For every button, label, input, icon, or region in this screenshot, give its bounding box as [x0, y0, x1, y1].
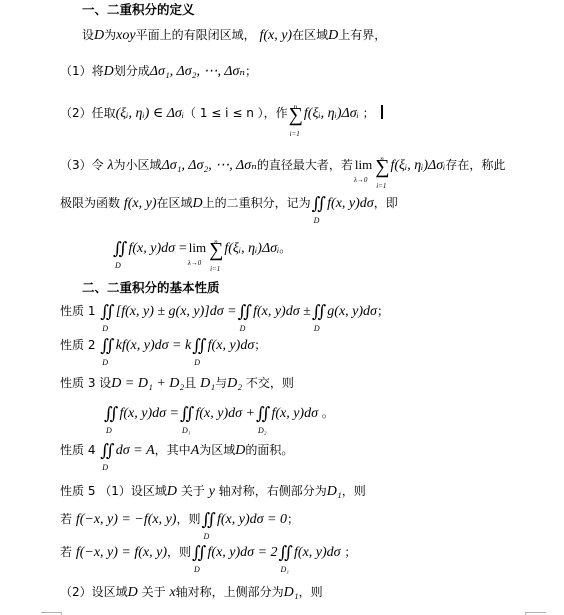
text: ，则 [176, 512, 200, 526]
double-integral-symbol: ∬D [192, 338, 206, 354]
sum-symbol: ∑ni=1 [289, 105, 303, 125]
math-expr: f(x, y)dσ = [119, 406, 179, 421]
math-lhs: f(x, y)dσ [128, 241, 175, 256]
text: 性质 3 [60, 376, 95, 390]
text: ，则 [299, 585, 323, 599]
property-1: 性质 1 ∬D[f(x, y) ± g(x, y)]dσ =∬Df(x, y)d… [60, 303, 389, 320]
text: 平面上的有限闭区域， [136, 28, 256, 42]
math-expr: f(x, y)dσ = 2 [208, 545, 278, 560]
text: 关于 [142, 585, 166, 599]
property-5-even: 若 f(−x, y) = f(x, y)，则∬Df(x, y)dσ = 2∬D₁… [60, 544, 356, 561]
property-4: 性质 4 ∬Ddσ = A，其中A为区域D的面积。 [60, 442, 293, 459]
math-y: y [209, 484, 215, 499]
text: ； [344, 545, 356, 559]
property-5: 性质 5 （1）设区域D 关于 y 轴对称，右侧部分为D₁，则 [60, 483, 366, 500]
section-heading-definition: 一、二重积分的定义 [82, 2, 195, 18]
text: ； [254, 338, 266, 352]
math-D: D [104, 64, 114, 79]
math-expr: g(x, y)dσ [327, 304, 377, 319]
double-integral-symbol: ∬D₁ [180, 406, 194, 422]
text: 的直径最大者，若 [257, 158, 353, 172]
math-expr: [f(x, y) ± g(x, y)]dσ = [116, 304, 237, 319]
math-eq: = [179, 241, 187, 256]
double-integral-symbol: ∬D [100, 443, 114, 459]
math-expr: f(ξᵢ, ηᵢ)Δσᵢ [390, 158, 445, 173]
math-expr: f(x, y)dσ = 0 [217, 512, 287, 527]
text: 极限为函数 [60, 196, 120, 210]
text: ； [245, 64, 257, 78]
limit-operator: limλ→0 [355, 157, 372, 173]
text: 划分成 [114, 64, 150, 78]
text: 上有界， [338, 28, 386, 42]
math-D1: D₁ [200, 376, 215, 391]
double-integral-symbol: ∬D [238, 304, 252, 320]
math-fxy: f(x, y) [124, 196, 157, 211]
text: 关于 [181, 484, 205, 498]
math-expr: kf(x, y)dσ = k [116, 338, 191, 353]
text: （ 1 ≤ i ≤ n ），作 [184, 106, 288, 120]
text: 性质 5 [60, 484, 95, 498]
text: （3）令 [60, 158, 104, 172]
section-heading-properties: 二、二重积分的基本性质 [82, 280, 220, 296]
text: 在区域 [157, 196, 193, 210]
math-D1: D₁ [327, 484, 342, 499]
math-condition: f(−x, y) = f(x, y) [76, 545, 167, 560]
definition-formula: ∬Df(x, y)dσ =limλ→0∑ni=1f(ξᵢ, ηᵢ)Δσᵢ。 [112, 240, 291, 260]
math-point: (ξᵢ, ηᵢ) ∈ Δσᵢ [116, 106, 184, 121]
math-expr: D = D₁ + D₂ [111, 376, 184, 391]
text: ，即 [374, 196, 398, 210]
text: ； [377, 304, 389, 318]
math-fxy: f(x, y) [259, 28, 292, 43]
double-integral-symbol: ∬D [100, 338, 114, 354]
text: 为 [104, 28, 116, 42]
text: ，则 [167, 545, 191, 559]
property-5-odd: 若 f(−x, y) = −f(x, y)，则∬Df(x, y)dσ = 0； [60, 511, 299, 528]
text: （2）设区域 [60, 585, 128, 599]
double-integral-symbol: ∬D₂ [256, 406, 270, 422]
math-D: D [128, 585, 138, 600]
text: 存在，称此 [445, 158, 505, 172]
math-D: D [94, 28, 104, 43]
text: 与 [215, 376, 227, 390]
property-3-formula: ∬Df(x, y)dσ =∬D₁f(x, y)dσ +∬D₂f(x, y)dσ … [103, 405, 334, 422]
double-integral-symbol: ∬D [113, 241, 127, 257]
text: 在区域 [292, 28, 328, 42]
text: ； [363, 106, 375, 120]
step-3: （3）令 λ为小区域Δσ₁, Δσ₂, ⋯, Δσₙ的直径最大者，若limλ→0… [60, 157, 505, 177]
math-integrand: f(x, y)dσ [327, 196, 374, 211]
math-expr: dσ = A [116, 443, 155, 458]
double-integral-symbol: ∬D [312, 196, 326, 212]
double-integral-symbol: ∬D [201, 512, 215, 528]
text: 。 [322, 406, 334, 420]
text: 。 [279, 241, 291, 255]
math-D: D [167, 484, 177, 499]
math-expr: f(x, y)dσ ± [253, 304, 311, 319]
double-integral-symbol: ∬D [100, 304, 114, 320]
text: ，则 [342, 484, 366, 498]
text: 性质 2 [60, 338, 95, 352]
math-A: A [191, 443, 200, 458]
text: 不交，则 [246, 376, 294, 390]
text: 设 [99, 376, 111, 390]
math-expr: f(x, y)dσ [294, 545, 341, 560]
step-1: （1）将D划分成Δσ₁, Δσ₂, ⋯, Δσₙ； [60, 63, 257, 80]
text: 设 [82, 28, 94, 42]
text: （1）设区域 [99, 484, 167, 498]
text: ； [287, 512, 299, 526]
double-integral-symbol: ∬D [312, 304, 326, 320]
property-3: 性质 3 设D = D₁ + D₂且 D₁与D₂ 不交，则 [60, 375, 294, 392]
math-sequence: Δσ₁, Δσ₂, ⋯, Δσₙ [150, 64, 245, 79]
text: 若 [60, 545, 72, 559]
math-expr: f(x, y)dσ [208, 338, 255, 353]
math-xoy: xoy [116, 28, 135, 43]
text: 性质 1 [60, 304, 95, 318]
sum-symbol: ∑ni=1 [375, 157, 389, 177]
text: 若 [60, 512, 72, 526]
limit-operator: limλ→0 [189, 240, 206, 256]
math-D1: D₁ [284, 585, 299, 600]
text: 为小区域 [114, 158, 162, 172]
math-expr: f(x, y)dσ + [195, 406, 255, 421]
property-5-part-2: （2）设区域D 关于 x轴对称，上侧部分为D₁，则 [60, 584, 323, 601]
math-D: D [235, 443, 245, 458]
math-D: D [193, 196, 203, 211]
text: （2）任取 [60, 106, 116, 120]
sum-symbol: ∑ni=1 [209, 240, 223, 260]
math-D: D [328, 28, 338, 43]
text: 上的二重积分，记为 [203, 196, 311, 210]
text: （1）将 [60, 64, 104, 78]
text: 为区域 [199, 443, 235, 457]
math-rhs: f(ξᵢ, ηᵢ)Δσᵢ [224, 241, 279, 256]
step-3-continued: 极限为函数 f(x, y)在区域D上的二重积分，记为∬Df(x, y)dσ，即 [60, 195, 398, 212]
text-cursor [381, 105, 383, 119]
math-condition: f(−x, y) = −f(x, y) [76, 512, 177, 527]
step-2: （2）任取(ξᵢ, ηᵢ) ∈ Δσᵢ（ 1 ≤ i ≤ n ），作∑ni=1f… [60, 105, 383, 125]
text: ，其中 [155, 443, 191, 457]
double-integral-symbol: ∬D [104, 406, 118, 422]
math-D2: D₂ [227, 376, 242, 391]
text: 的面积。 [245, 443, 293, 457]
text: 轴对称，上侧部分为 [176, 585, 284, 599]
text: 性质 4 [60, 443, 95, 457]
text: 轴对称，右侧部分为 [219, 484, 327, 498]
property-2: 性质 2 ∬Dkf(x, y)dσ = k∬Df(x, y)dσ； [60, 337, 266, 354]
text: 且 [184, 376, 196, 390]
math-expr: f(x, y)dσ [271, 406, 318, 421]
math-sequence: Δσ₁, Δσ₂, ⋯, Δσₙ [162, 158, 257, 173]
math-expr: f(ξᵢ, ηᵢ)Δσᵢ [304, 106, 359, 121]
paragraph-intro: 设D为xoy平面上的有限闭区域， f(x, y)在区域D上有界， [82, 27, 386, 44]
double-integral-symbol: ∬D [192, 545, 206, 561]
double-integral-symbol: ∬D₁ [279, 545, 293, 561]
